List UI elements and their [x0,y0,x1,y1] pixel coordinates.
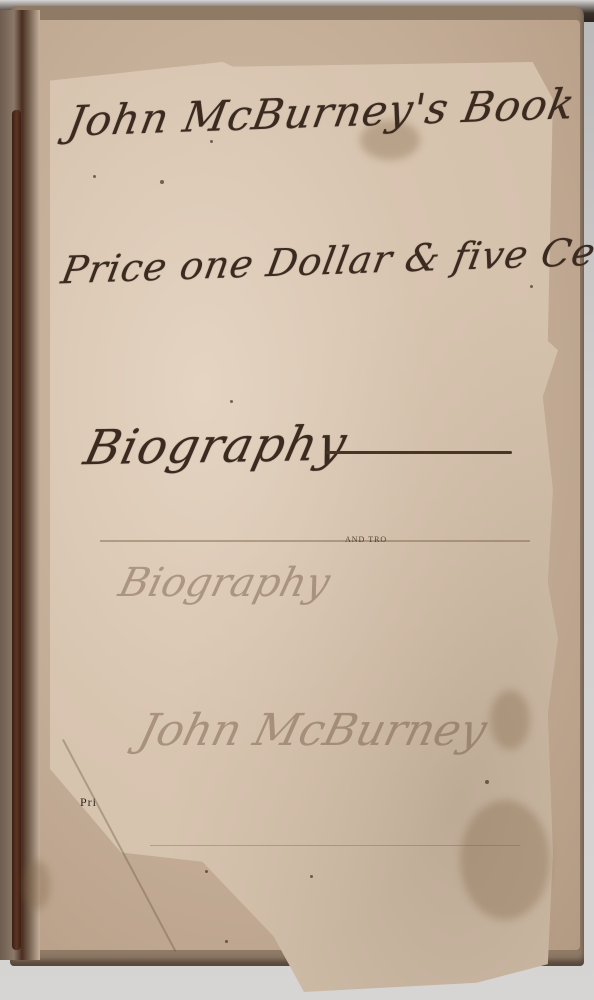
book-spine [0,10,40,960]
spine-leather-strip [12,110,21,950]
foxing-spot [530,285,533,288]
ink-rule-line [326,451,512,454]
water-stain [24,860,50,910]
subject-inscription: Biography [79,416,353,477]
foxing-spot [160,180,164,184]
page-fold-line [100,540,530,542]
faded-signature: John McBurney [134,705,492,756]
printed-text-fragment: Pri [80,795,97,810]
foxing-spot [205,870,208,873]
water-stain [490,690,530,750]
foxing-spot [230,400,233,403]
foxing-spot [310,875,313,878]
printed-text-fragment: AND TRO [345,535,387,544]
faded-subject-writing: Biography [114,560,334,606]
foxing-spot [93,175,96,178]
water-stain [460,800,550,920]
foxing-spot [485,780,489,784]
foxing-spot [225,940,228,943]
